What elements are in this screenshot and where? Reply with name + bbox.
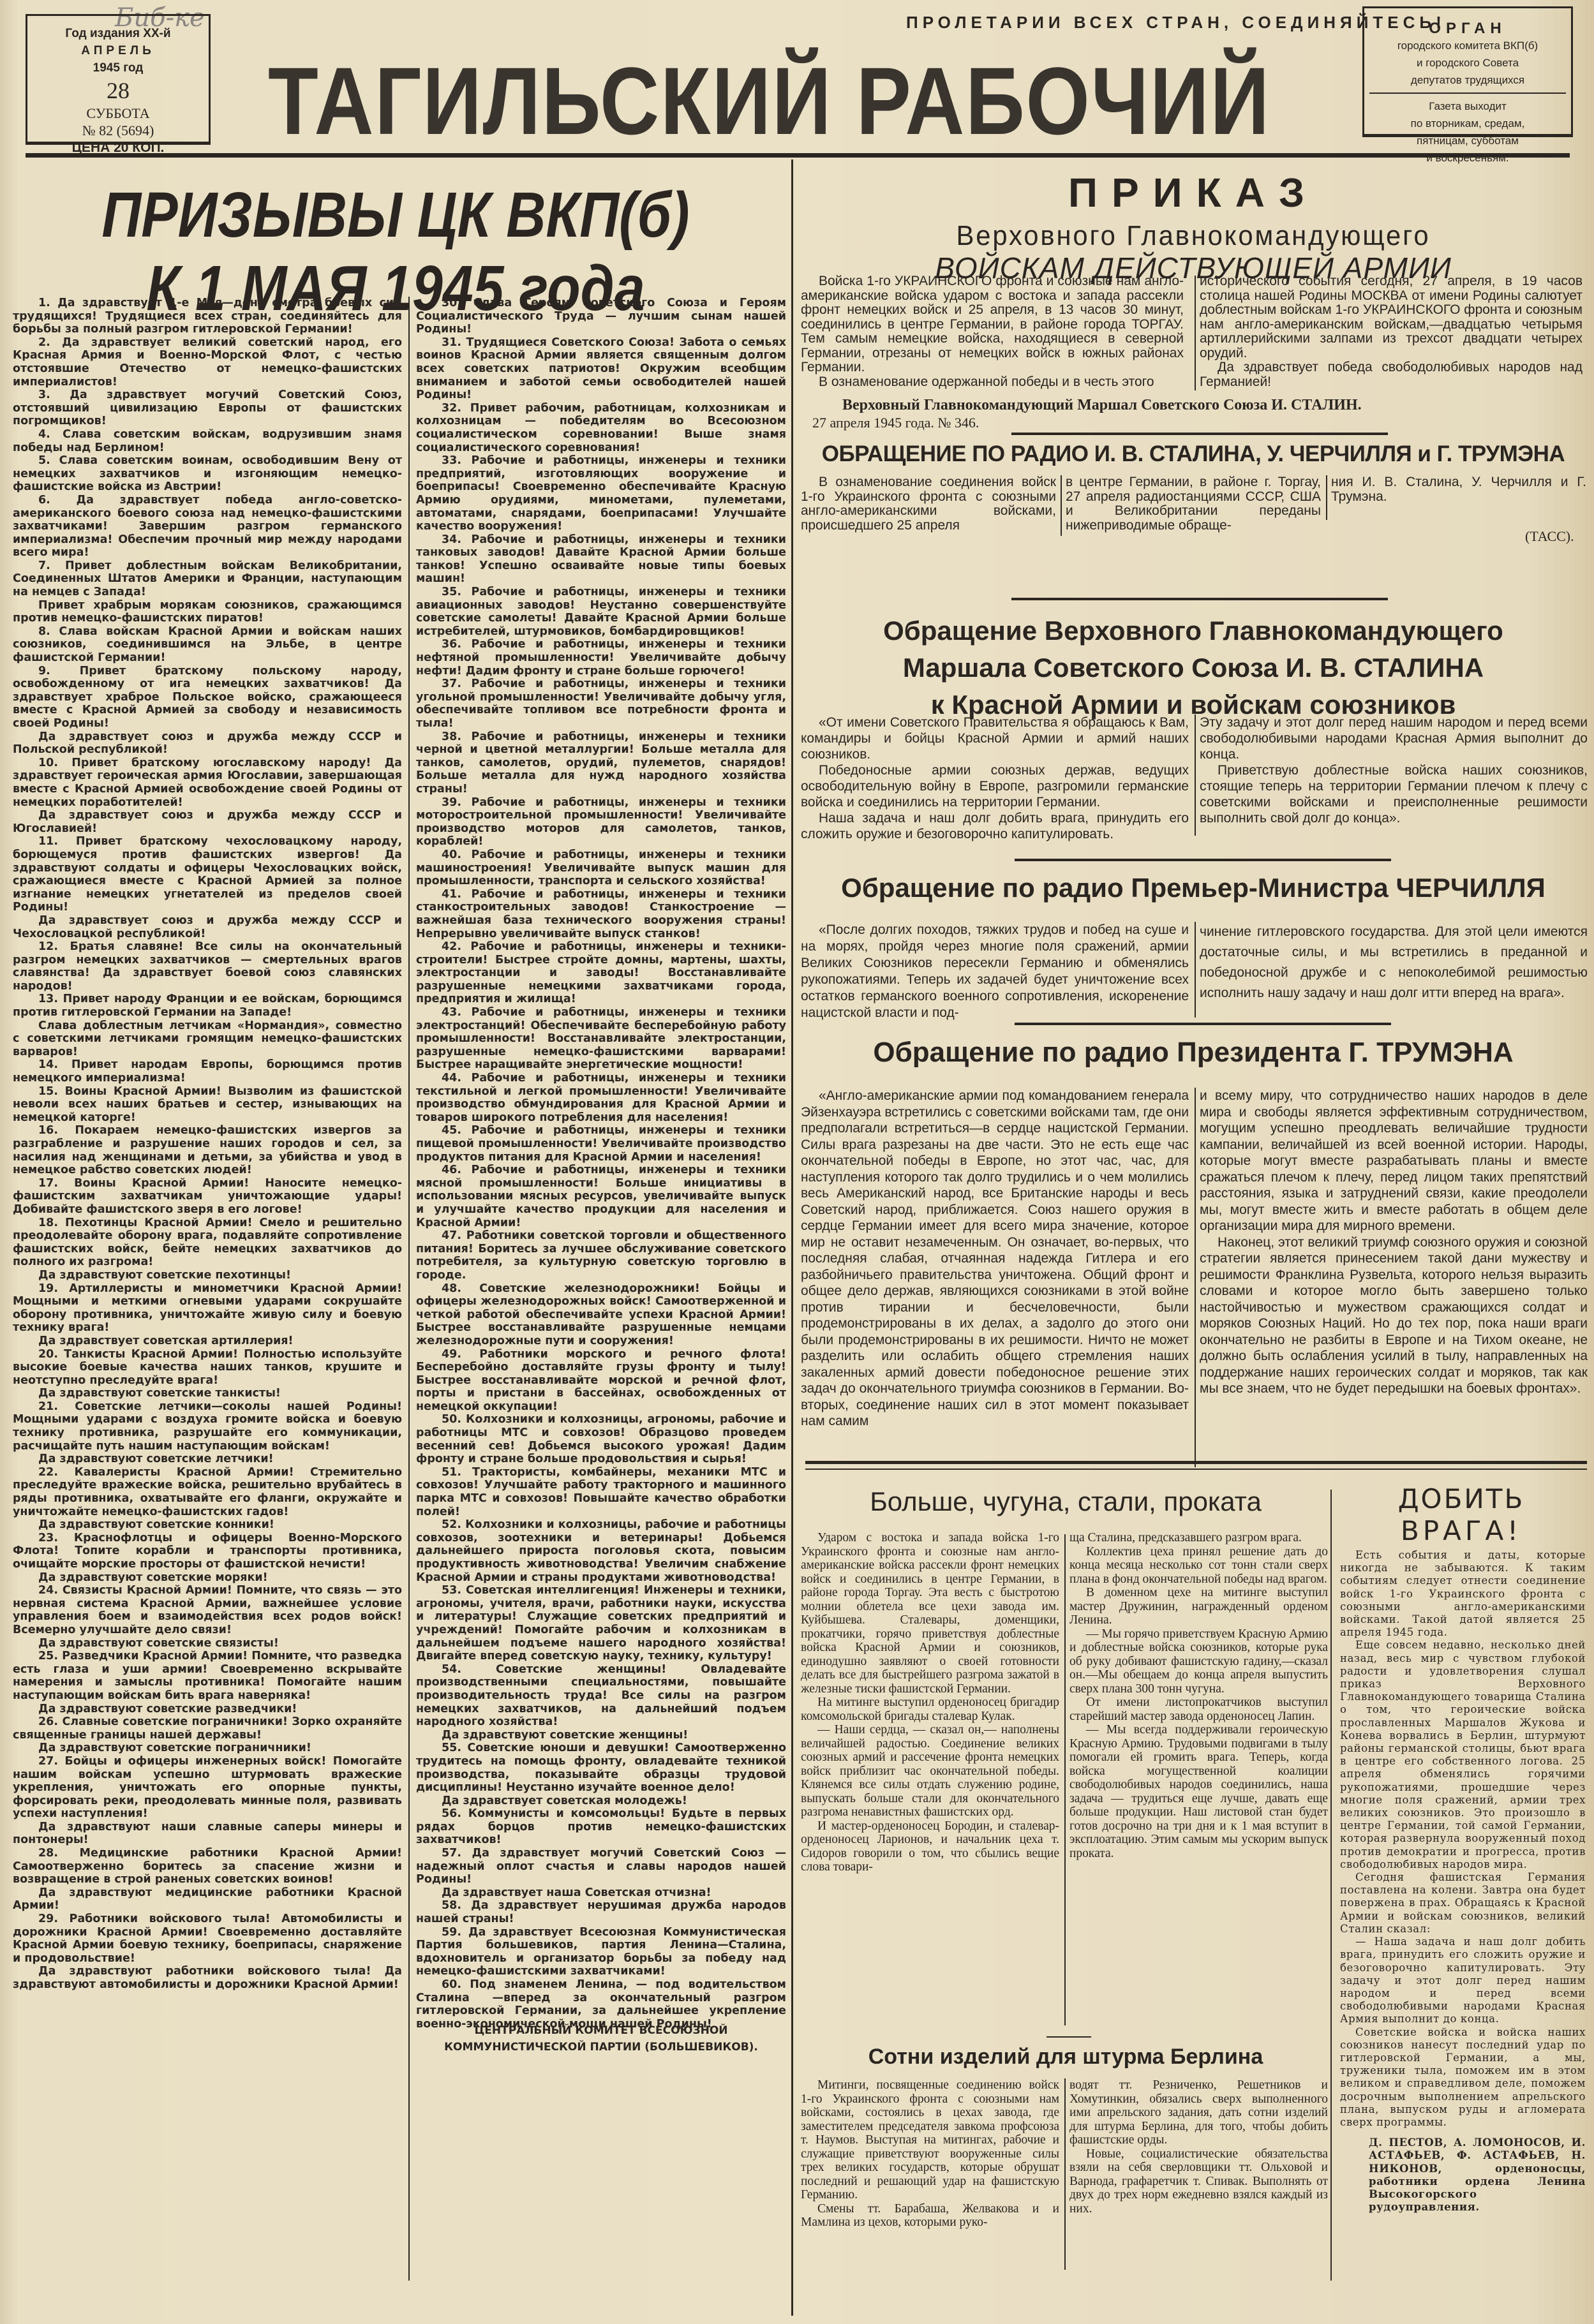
paragraph: Митинги, посвященные соединению войск 1-… <box>801 2078 1059 2202</box>
appeal-item: 17. Воины Красной Армии! Наносите немецк… <box>13 1177 402 1217</box>
appeal-item: 18. Пехотинцы Красной Армии! Смело и реш… <box>13 1217 402 1269</box>
paragraph: в центре Германии, в районе г. Торгау, 2… <box>1066 475 1321 533</box>
appeal-item: 25. Разведчики Красной Армии! Помните, ч… <box>13 1650 402 1702</box>
section-rule <box>1047 2036 1091 2038</box>
issue-year-line: Год издания XX-й <box>27 25 209 42</box>
appeal-item: Да здравствуют советские конники! <box>13 1518 402 1532</box>
paragraph: Новые, социалистические обязательства вз… <box>1069 2147 1328 2216</box>
appeal-item: 15. Воины Красной Армии! Вызволим из фаш… <box>13 1085 402 1125</box>
appeal-item: Да здравствуют советские женщины! <box>416 1729 786 1742</box>
divider <box>1369 93 1566 94</box>
appeal-item: Да здравствует союз и дружба между СССР … <box>13 809 402 835</box>
steel-article-col-1: Ударом с востока и запада войска 1-го Ук… <box>801 1531 1059 1874</box>
appeal-item: Да здравствуют советские летчики! <box>13 1453 402 1466</box>
newspaper-page: Биб-ке Год издания XX-й АПРЕЛЬ 1945 год … <box>0 0 1594 2324</box>
appeal-item: 20. Танкисты Красной Армии! Полностью ис… <box>13 1348 402 1388</box>
appeal-item: 22. Кавалеристы Красной Армии! Стремител… <box>13 1466 402 1518</box>
paragraph: Ударом с востока и запада войска 1-го Ук… <box>801 1531 1059 1696</box>
paragraph: — Наша задача и наш долг добить врага, п… <box>1340 1935 1586 2025</box>
appeal-item: 58. Да здравствует нерушимая дружба наро… <box>416 1899 786 1925</box>
appeal-item: 43. Рабочие и работницы, инженеры и техн… <box>416 1006 786 1072</box>
paragraph: Войска 1-го УКРАИНСКОГО фронта и союзные… <box>801 274 1184 375</box>
appeal-item: 40. Рабочие и работницы, инженеры и техн… <box>416 848 786 888</box>
appeal-item: Да здравствуют наши славные саперы минер… <box>13 1821 402 1847</box>
radio-intro-title: ОБРАЩЕНИЕ ПО РАДИО И. В. СТАЛИНА, У. ЧЕР… <box>801 441 1586 467</box>
appeal-item: Да здравствуют медицинские работники Кра… <box>13 1886 402 1913</box>
appeal-item: 42. Рабочие и работницы, инженеры и техн… <box>416 940 786 1006</box>
paragraph: Еще совсем недавно, несколько дней назад… <box>1340 1639 1586 1871</box>
paragraph: Победоносные армии союзных держав, ведущ… <box>801 762 1189 810</box>
paragraph: В ознаменование одержанной победы и в че… <box>801 375 1184 390</box>
appeal-item: Привет храбрым морякам союзников, сражаю… <box>13 599 402 625</box>
appeal-item: 37. Рабочие и работницы, инженеры и техн… <box>416 677 786 730</box>
column-divider <box>408 297 410 2281</box>
appeal-item: Да здравствуют советские пехотинцы! <box>13 1269 402 1282</box>
appeal-item: 31. Трудящиеся Советского Союза! Забота … <box>416 336 786 402</box>
appeal-item: 19. Артиллеристы и минометчики Красной А… <box>13 1282 402 1335</box>
appeal-item: 30. Слава Героям Советского Союза и Геро… <box>416 297 786 336</box>
churchill-address-col-1: «После долгих походов, тяжких трудов и п… <box>801 922 1189 1021</box>
appeal-item: 55. Советские юноши и девушки! Самоотвер… <box>416 1742 786 1794</box>
paragraph: Советские войска и войска наших союзнико… <box>1340 2026 1586 2129</box>
appeal-item: 13. Привет народу Франции и ее войскам, … <box>13 993 402 1019</box>
paragraph: И мастер-орденоносец Бородин, и сталевар… <box>801 1819 1059 1874</box>
paragraph: На митинге выступил орденоносец бригадир… <box>801 1696 1059 1723</box>
title-line: Обращение Верховного Главнокомандующего <box>801 612 1586 649</box>
finish-enemy-signature: Д. ПЕСТОВ, А. ЛОМОНОСОВ, И. АСТАФЬЕВ, Ф.… <box>1369 2136 1586 2214</box>
appeal-item: 38. Рабочие и работницы, инженеры и техн… <box>416 730 786 796</box>
stalin-address-col-1: «От имени Советского Правительства я обр… <box>801 714 1189 842</box>
masthead-rule <box>26 153 1570 158</box>
churchill-address-col-2: чинение гитлеровского государства. Для э… <box>1200 922 1588 1003</box>
appeal-item: Да здравствуют советские танкисты! <box>13 1387 402 1400</box>
order-column-2: исторического события сегодня, 27 апреля… <box>1200 274 1583 389</box>
appeal-item: 59. Да здравствует Всесоюзная Коммунисти… <box>416 1926 786 1978</box>
appeal-item: 51. Трактористы, комбайнеры, механики МТ… <box>416 1466 786 1518</box>
column-divider <box>1330 1490 1332 2281</box>
appeal-item: 48. Советские железнодорожники! Бойцы и … <box>416 1282 786 1348</box>
appeal-item: 28. Медицинские работники Красной Армии!… <box>13 1847 402 1886</box>
paragraph: и всему миру, что сотрудничество наших н… <box>1200 1088 1588 1234</box>
paragraph: — Мы всегда поддерживали героическую Кра… <box>1069 1723 1328 1860</box>
paragraph: Наконец, этот великий триумф союзного ор… <box>1200 1234 1588 1397</box>
paragraph: ща Сталина, предсказавшего разгром врага… <box>1069 1531 1328 1545</box>
paragraph: Коллектив цеха принял решение дать до ко… <box>1069 1545 1328 1587</box>
appeal-item: 3. Да здравствует могучий Советский Союз… <box>13 389 402 428</box>
paragraph: Сегодня фашистская Германия поставлена н… <box>1340 1871 1586 1935</box>
order-signature: Верховный Главнокомандующий Маршал Совет… <box>842 397 1583 414</box>
appeal-item: 11. Привет братскому чехословацкому наро… <box>13 835 402 914</box>
appeal-item: 52. Колхозники и колхозницы, рабочие и р… <box>416 1518 786 1584</box>
paragraph: Эту задачу и этот долг перед нашим народ… <box>1200 714 1588 762</box>
appeal-item: Да здравствует советская артиллерия! <box>13 1335 402 1348</box>
paragraph: От имени листопрокатчиков выступил старе… <box>1069 1696 1328 1723</box>
appeal-item: 50. Колхозники и колхозницы, агрономы, р… <box>416 1413 786 1465</box>
column-divider <box>1064 2078 1066 2270</box>
organ-title: ОРГАН <box>1364 20 1571 37</box>
appeal-item: 47. Работники советской торговли и общес… <box>416 1229 786 1282</box>
issue-weekday: СУББОТА <box>27 105 209 122</box>
section-rule <box>805 1469 1587 1470</box>
steel-article-col-2: ща Сталина, предсказавшего разгром врага… <box>1069 1531 1328 1860</box>
signature-line: КОММУНИСТИЧЕСКОЙ ПАРТИИ (БОЛЬШЕВИКОВ). <box>416 2039 786 2055</box>
appeal-item: Да здравствуют советские моряки! <box>13 1571 402 1585</box>
appeal-item: 39. Рабочие и работницы, инженеры и техн… <box>416 796 786 848</box>
paragraph: В доменном цехе на митинге выступил маст… <box>1069 1586 1328 1627</box>
title-line: ДОБИТЬ <box>1337 1483 1586 1515</box>
paragraph: Приветствую доблестные войска наших союз… <box>1200 762 1588 826</box>
issue-year: 1945 год <box>27 59 209 77</box>
appeal-item: 57. Да здравствует могучий Советский Сою… <box>416 1847 786 1886</box>
order-date: 27 апреля 1945 года. № 346. <box>812 415 979 431</box>
title-line: ВРАГА! <box>1337 1515 1586 1547</box>
signature-line: ЦЕНТРАЛЬНЫЙ КОМИТЕТ ВСЕСОЮЗНОЙ <box>416 2022 786 2039</box>
newspaper-title: ТАГИЛЬСКИЙ РАБОЧИЙ <box>268 46 1157 156</box>
column-divider <box>1195 922 1196 1018</box>
appeal-item: 56. Коммунисты и комсомольцы! Будьте в п… <box>416 1807 786 1847</box>
column-divider <box>791 159 793 2316</box>
paragraph: Наша задача и наш долг добить врага, при… <box>801 810 1189 842</box>
appeal-item: 34. Рабочие и работницы, инженеры и техн… <box>416 533 786 586</box>
issue-info-box: Год издания XX-й АПРЕЛЬ 1945 год 28 СУББ… <box>26 14 211 145</box>
appeal-item: 53. Советская интеллигенция! Инженеры и … <box>416 1584 786 1663</box>
column-divider <box>1195 1088 1196 1467</box>
appeal-item: 35. Рабочие и работницы, инженеры и техн… <box>416 586 786 638</box>
paragraph: ния И. В. Сталина, У. Черчилля и Г. Трум… <box>1331 475 1586 504</box>
order-title: ПРИКАЗ <box>798 169 1589 216</box>
paragraph: «После долгих походов, тяжких трудов и п… <box>801 922 1189 1021</box>
organ-box: ОРГАН городского комитета ВКП(б) и город… <box>1362 6 1573 137</box>
truman-address-title: Обращение по радио Президента Г. ТРУМЭНА <box>801 1037 1586 1069</box>
appeals-headline-line-1: ПРИЗЫВЫ ЦК ВКП(б) <box>77 179 714 252</box>
appeal-item: 8. Слава войскам Красной Армии и войскам… <box>13 625 402 665</box>
column-divider <box>1195 714 1196 836</box>
appeals-column-2: 30. Слава Героям Советского Союза и Геро… <box>416 297 786 2031</box>
finish-enemy-body: Есть события и даты, которые никогда не … <box>1340 1549 1586 2214</box>
paragraph: «От имени Советского Правительства я обр… <box>801 714 1189 762</box>
paragraph: — Мы горячо приветствуем Красную Армию и… <box>1069 1627 1328 1696</box>
stalin-address-title: Обращение Верховного Главнокомандующего … <box>801 612 1586 723</box>
berlin-article-col-2: водят тт. Резниченко, Решетников и Хомут… <box>1069 2078 1328 2216</box>
finish-enemy-title: ДОБИТЬ ВРАГА! <box>1337 1483 1586 1547</box>
steel-article-title: Больше, чугуна, стали, проката <box>801 1486 1330 1517</box>
organ-line: городского комитета ВКП(б) <box>1364 37 1571 54</box>
appeal-item: 26. Славные советские пограничники! Зорк… <box>13 1715 402 1742</box>
organ-line: депутатов трудящихся <box>1364 71 1571 89</box>
appeal-item: Да здравствует наша Советская отчизна! <box>416 1886 786 1900</box>
appeal-item: 9. Привет братскому польскому народу, ос… <box>13 665 402 730</box>
appeal-item: Да здравствует советская молодежь! <box>416 1795 786 1808</box>
appeal-item: 32. Привет рабочим, работницам, колхозни… <box>416 402 786 454</box>
section-rule <box>805 1461 1587 1464</box>
radio-intro-col-1: В ознаменование соединения войск 1-го Ук… <box>801 475 1056 533</box>
appeal-item: Слава доблестным летчикам «Нормандия», с… <box>13 1019 402 1059</box>
appeal-item: 36. Рабочие и работницы, инженеры и техн… <box>416 638 786 677</box>
radio-intro-col-3: ния И. В. Сталина, У. Черчилля и Г. Трум… <box>1331 475 1586 504</box>
column-divider <box>1064 1534 1066 2025</box>
tass-credit: (ТАСС). <box>1525 528 1574 545</box>
paragraph: чинение гитлеровского государства. Для э… <box>1200 922 1588 1003</box>
appeal-item: 21. Советские летчики—соколы нашей Родин… <box>13 1400 402 1453</box>
appeal-item: 23. Краснофлотцы и офицеры Военно-Морско… <box>13 1532 402 1571</box>
appeal-item: Да здравствует союз и дружба между СССР … <box>13 730 402 757</box>
section-rule <box>1011 433 1388 435</box>
appeal-item: 54. Советские женщины! Овладевайте произ… <box>416 1663 786 1729</box>
churchill-address-title: Обращение по радио Премьер-Министра ЧЕРЧ… <box>801 873 1586 903</box>
radio-intro-col-2: в центре Германии, в районе г. Торгау, 2… <box>1066 475 1321 533</box>
column-divider <box>1195 276 1196 390</box>
schedule-line: и воскресеньям. <box>1364 149 1571 167</box>
section-rule <box>1015 1023 1391 1025</box>
title-line: Маршала Советского Союза И. В. СТАЛИНА <box>801 649 1586 686</box>
paragraph: «Англо-американские армии под командован… <box>801 1088 1189 1430</box>
appeal-item: 29. Работники войскового тыла! Автомобил… <box>13 1913 402 1965</box>
section-rule <box>1011 598 1388 600</box>
appeal-item: 6. Да здравствует победа англо-советско-… <box>13 494 402 559</box>
schedule-line: по вторникам, средам, <box>1364 115 1571 132</box>
appeal-item: 41. Рабочие и работницы, инженеры и техн… <box>416 888 786 940</box>
appeal-item: 10. Привет братскому югославскому народу… <box>13 757 402 809</box>
berlin-article-title: Сотни изделий для штурма Берлина <box>801 2045 1330 2069</box>
appeal-item: 4. Слава советским войскам, водрузившим … <box>13 428 402 454</box>
issue-number: № 82 (5694) <box>27 122 209 139</box>
appeal-item: Да здравствуют советские разведчики! <box>13 1703 402 1716</box>
paragraph: В ознаменование соединения войск 1-го Ук… <box>801 475 1056 533</box>
column-divider <box>1061 475 1062 536</box>
appeal-item: 5. Слава советским воинам, освободившим … <box>13 454 402 494</box>
appeals-column-1: 1. Да здравствует 1-е Мая—день смотра бо… <box>13 297 402 1992</box>
appeal-item: 14. Привет народам Европы, борющимся про… <box>13 1058 402 1084</box>
appeal-item: 49. Работники морского и речного флота! … <box>416 1348 786 1414</box>
appeal-item: 45. Рабочие и работницы, инженеры и техн… <box>416 1124 786 1164</box>
truman-address-col-2: и всему миру, что сотрудничество наших н… <box>1200 1088 1588 1397</box>
stalin-address-col-2: Эту задачу и этот долг перед нашим народ… <box>1200 714 1588 826</box>
appeal-item: 44. Рабочие и работницы, инженеры и техн… <box>416 1072 786 1124</box>
truman-address-col-1: «Англо-американские армии под командован… <box>801 1088 1189 1430</box>
issue-month: АПРЕЛЬ <box>27 42 209 59</box>
appeal-item: Да здравствуют советские связисты! <box>13 1637 402 1650</box>
appeal-item: 2. Да здравствует великий советский наро… <box>13 336 402 389</box>
appeal-item: 27. Бойцы и офицеры инженерных войск! По… <box>13 1755 402 1821</box>
schedule-line: Газета выходит <box>1364 98 1571 115</box>
paragraph: Смены тт. Барабаша, Желвакова и и Мамлин… <box>801 2202 1059 2230</box>
column-divider <box>1326 475 1327 520</box>
issue-day: 28 <box>27 77 209 105</box>
schedule-line: пятницам, субботам <box>1364 132 1571 149</box>
order-subtitle: Верховного Главнокомандующего <box>817 220 1569 252</box>
section-rule <box>1015 859 1391 861</box>
appeal-item: 7. Привет доблестным войскам Великобрита… <box>13 559 402 599</box>
appeal-item: 12. Братья славяне! Все силы на окончате… <box>13 940 402 993</box>
appeal-item: Да здравствует союз и дружба между СССР … <box>13 914 402 940</box>
appeals-signature: ЦЕНТРАЛЬНЫЙ КОМИТЕТ ВСЕСОЮЗНОЙ КОММУНИСТ… <box>416 2022 786 2055</box>
order-column-1: Войска 1-го УКРАИНСКОГО фронта и союзные… <box>801 274 1184 389</box>
paragraph: водят тт. Резниченко, Решетников и Хомут… <box>1069 2078 1328 2147</box>
paragraph: Есть события и даты, которые никогда не … <box>1340 1549 1586 1639</box>
paragraph: Да здравствует победа свободолюбивых нар… <box>1200 360 1583 389</box>
paragraph: исторического события сегодня, 27 апреля… <box>1200 274 1583 360</box>
appeal-item: 24. Связисты Красной Армии! Помните, что… <box>13 1584 402 1636</box>
berlin-article-col-1: Митинги, посвященные соединению войск 1-… <box>801 2078 1059 2230</box>
appeal-item: 1. Да здравствует 1-е Мая—день смотра бо… <box>13 297 402 336</box>
appeal-item: 33. Рабочие и работницы, инженеры и техн… <box>416 454 786 533</box>
appeal-item: 46. Рабочие и работницы, инженеры и техн… <box>416 1164 786 1229</box>
organ-line: и городского Совета <box>1364 54 1571 71</box>
appeal-item: Да здравствуют советские пограничники! <box>13 1742 402 1755</box>
appeal-item: Да здравствуют работники войскового тыла… <box>13 1965 402 1991</box>
paragraph: — Наши сердца, — сказал он,— наполнены в… <box>801 1723 1059 1819</box>
appeal-item: 16. Покараем немецко-фашистских извергов… <box>13 1124 402 1176</box>
